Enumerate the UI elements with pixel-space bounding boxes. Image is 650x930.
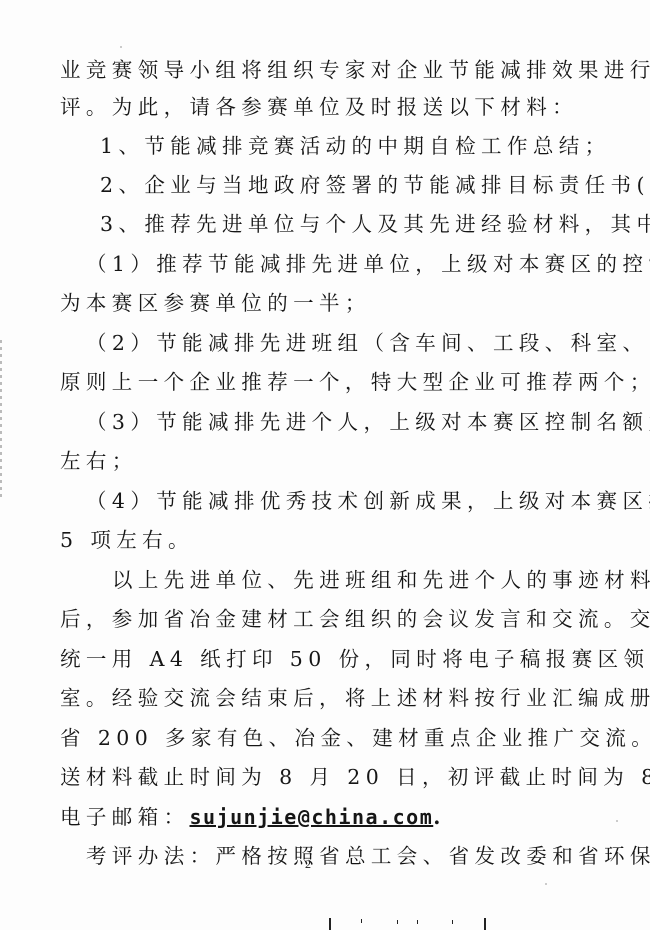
paragraph-start: 以上先进单位、先进班组和先进个人的事迹材料待入选 [112,567,650,593]
binding-mark [397,920,398,924]
binding-mark [484,918,486,930]
text-line: 评。为此，请各参赛单位及时报送以下材料： [60,94,578,120]
text-line: 为本赛区参赛单位的一半； [60,290,371,316]
scan-speck [545,883,547,885]
text-line: 业竞赛领导小组将组织专家对企业节能减排效果进行一次初 [60,57,650,83]
scan-edge-artifact [0,340,2,500]
text-line: 室。经验交流会结束后，将上述材料按行业汇编成册，在全 [60,685,650,711]
binding-mark [417,920,418,924]
email-label: 电子邮箱： [60,805,190,829]
scan-speck [120,46,122,48]
text-line: 送材料截止时间为 8 月 20 日，初评截止时间为 8 月 31 日。 [60,764,650,790]
binding-mark [361,919,362,923]
list-item-1: 1、节能减排竞赛活动的中期自检工作总结； [100,133,611,159]
email-suffix: . [433,805,446,829]
text-line: 统一用 A4 纸打印 50 份，同时将电子稿报赛区领导小组办公 [60,646,650,672]
page-number: 2 [305,857,311,872]
binding-mark [329,918,331,930]
sub-item-4: （4）节能减排优秀技术创新成果，上级对本赛区控制为 [86,488,650,514]
list-item-2: 2、企业与当地政府签署的节能减排目标责任书(复印件)； [100,172,650,198]
evaluation-method-line: 考评办法：严格按照省总工会、省发改委和省环保局下发 [86,843,650,869]
email-link[interactable]: sujunjie@china.com [190,805,434,829]
sub-item-1: （1）推荐节能减排先进单位，上级对本赛区的控制名额 [86,251,650,277]
sub-item-3: （3）节能减排先进个人，上级对本赛区控制名额为 5 名 [86,409,650,435]
text-line: 左右； [60,448,138,474]
sub-item-2: （2）节能减排先进班组（含车间、工段、科室、岗位）， [86,330,650,356]
text-line: 后，参加省冶金建材工会组织的会议发言和交流。交流材料 [60,606,650,632]
text-line: 省 200 多家有色、冶金、建材重点企业推广交流。推荐和报 [60,725,650,751]
text-line: 5 项左右。 [60,527,194,553]
list-item-3: 3、推荐先进单位与个人及其先进经验材料，其中： [100,211,650,237]
scan-speck [616,820,618,822]
text-line: 原则上一个企业推荐一个，特大型企业可推荐两个； [60,369,650,395]
binding-mark [452,920,453,924]
document-page: 业竞赛领导小组将组织专家对企业节能减排效果进行一次初 评。为此，请各参赛单位及时… [0,0,650,930]
scan-speck [580,420,582,422]
email-line: 电子邮箱：sujunjie@china.com. [60,804,446,830]
